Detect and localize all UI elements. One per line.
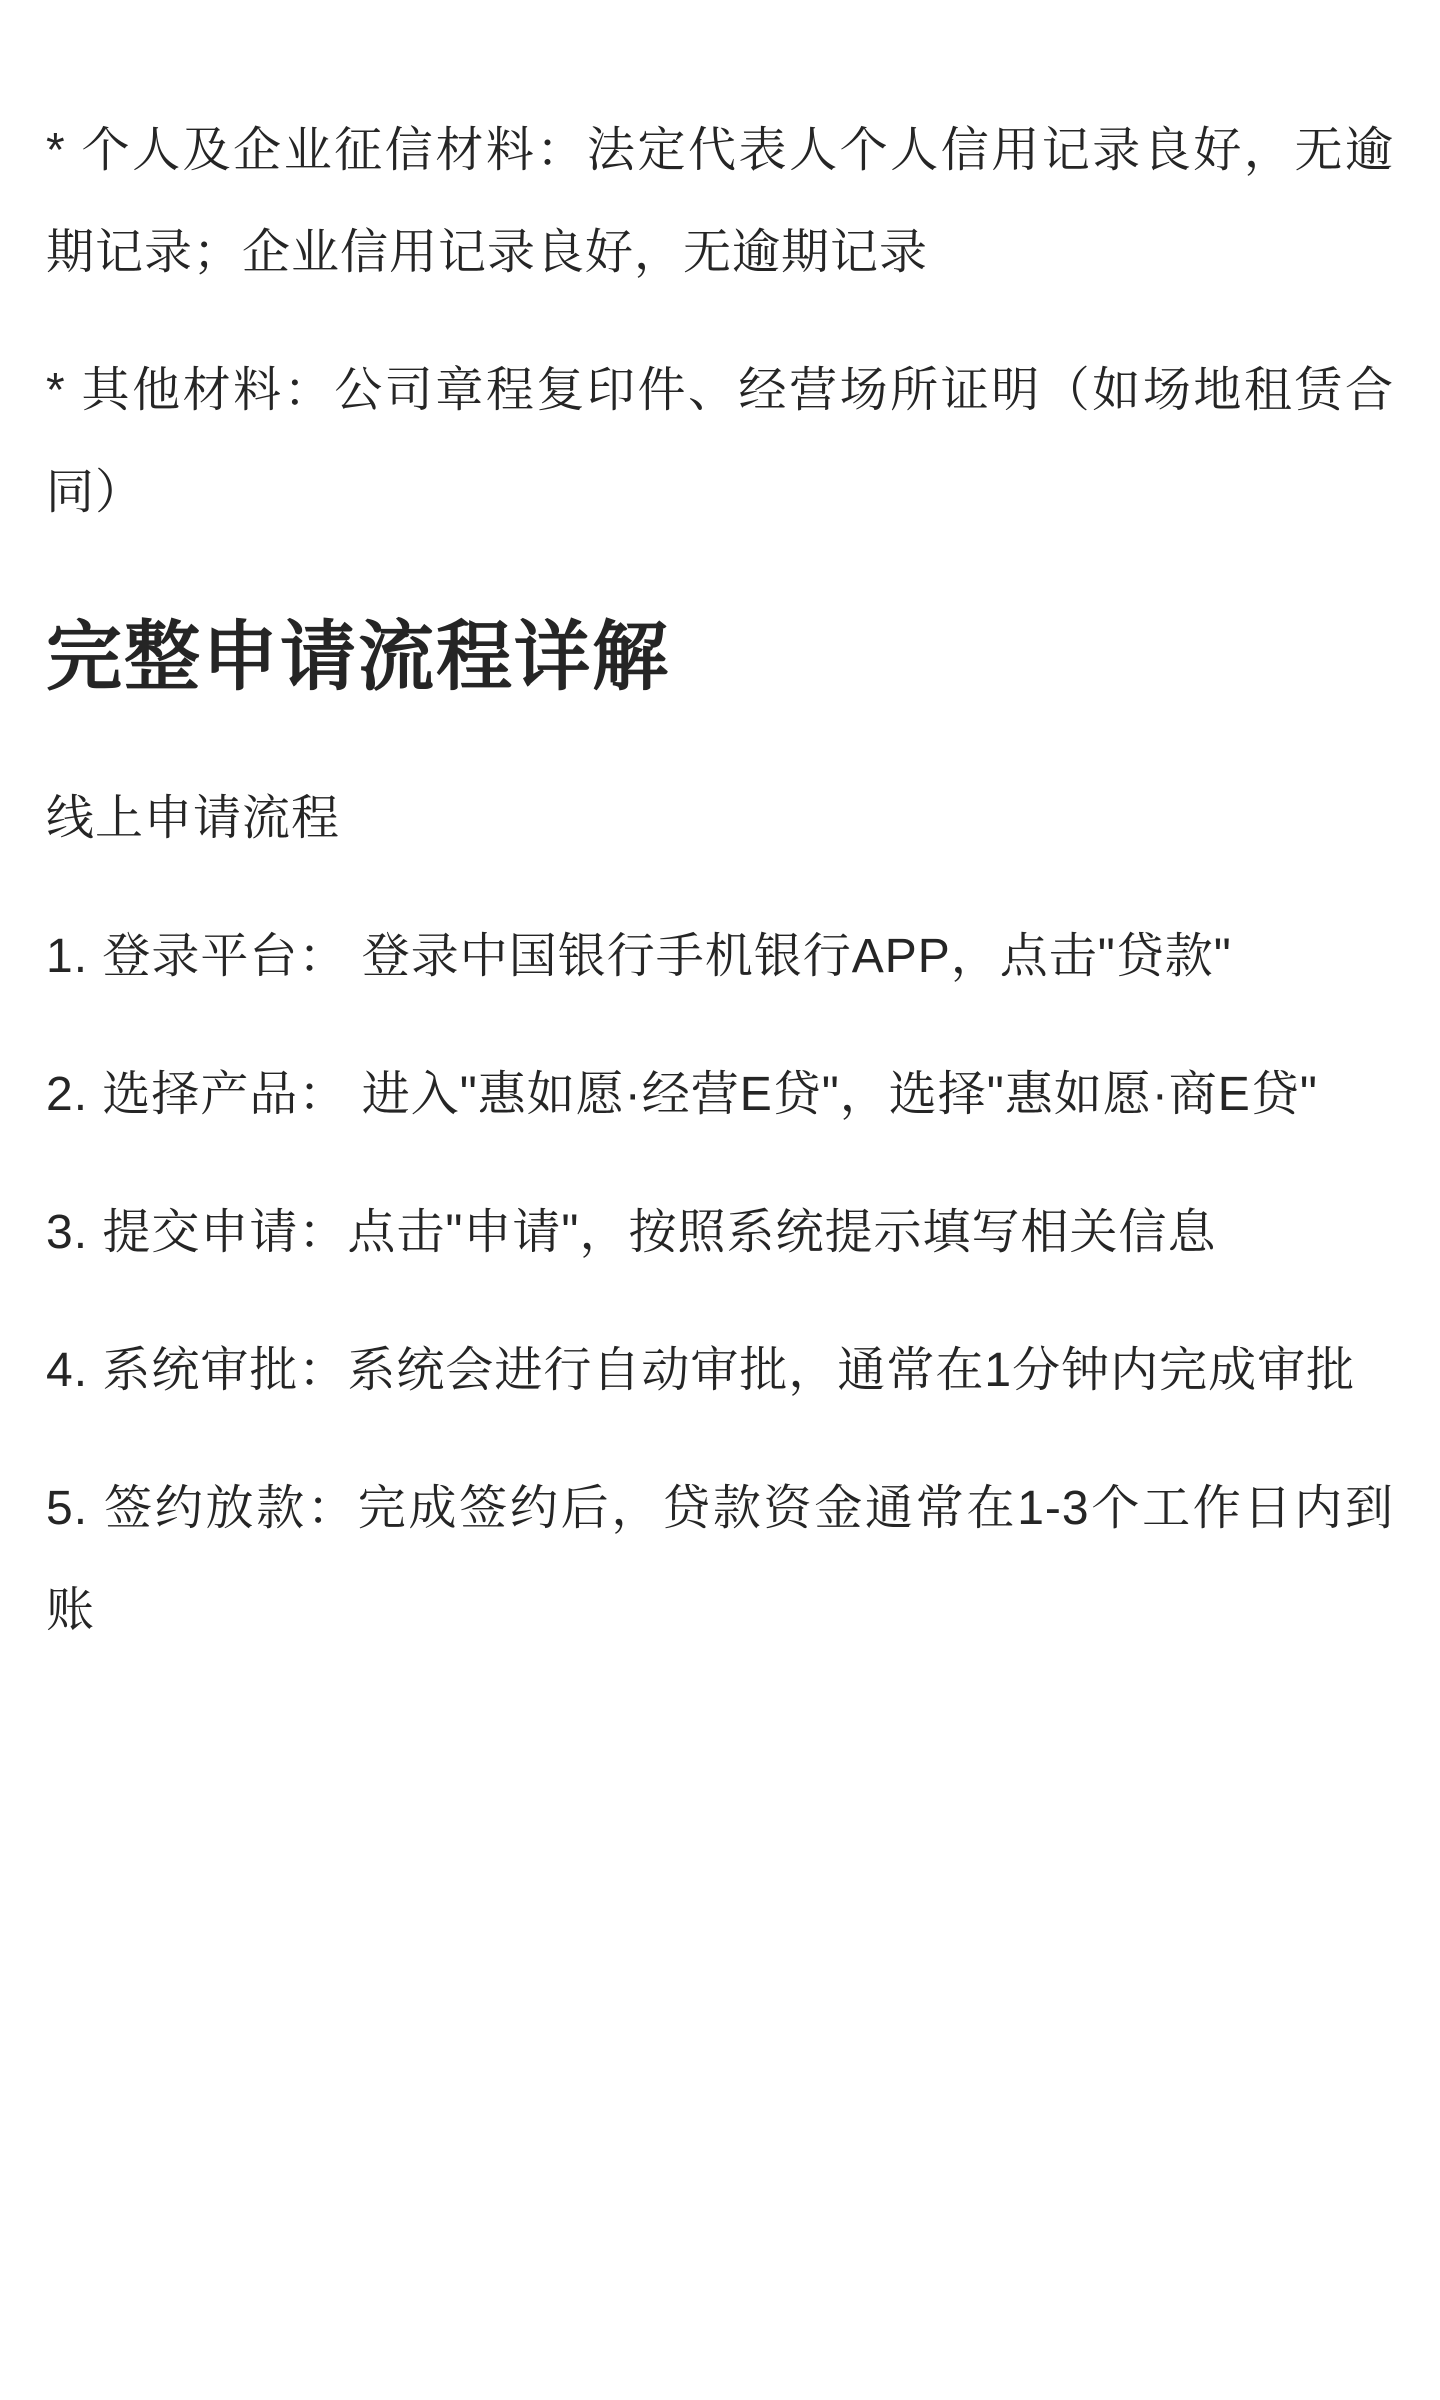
subsection-title-online-process: 线上申请流程 xyxy=(46,768,1394,870)
requirement-item-other-materials: * 其他材料：公司章程复印件、经营场所证明（如场地租赁合同） xyxy=(46,340,1394,544)
article-content: * 个人及企业征信材料：法定代表人个人信用记录良好，无逾期记录；企业信用记录良好… xyxy=(0,0,1440,2400)
step-item-system-approval: 4. 系统审批：系统会进行自动审批，通常在1分钟内完成审批 xyxy=(46,1320,1394,1422)
requirement-item-credit-materials: * 个人及企业征信材料：法定代表人个人信用记录良好，无逾期记录；企业信用记录良好… xyxy=(46,100,1394,304)
step-item-sign-disburse: 5. 签约放款：完成签约后，贷款资金通常在1-3个工作日内到账 xyxy=(46,1458,1394,1662)
step-item-login: 1. 登录平台： 登录中国银行手机银行APP，点击"贷款" xyxy=(46,906,1394,1008)
section-title-application-process: 完整申请流程详解 xyxy=(46,608,1394,708)
online-application-steps: 1. 登录平台： 登录中国银行手机银行APP，点击"贷款" 2. 选择产品： 进… xyxy=(46,906,1394,1662)
step-item-select-product: 2. 选择产品： 进入"惠如愿·经营E贷"，选择"惠如愿·商E贷" xyxy=(46,1044,1394,1146)
step-item-submit-application: 3. 提交申请：点击"申请"，按照系统提示填写相关信息 xyxy=(46,1182,1394,1284)
